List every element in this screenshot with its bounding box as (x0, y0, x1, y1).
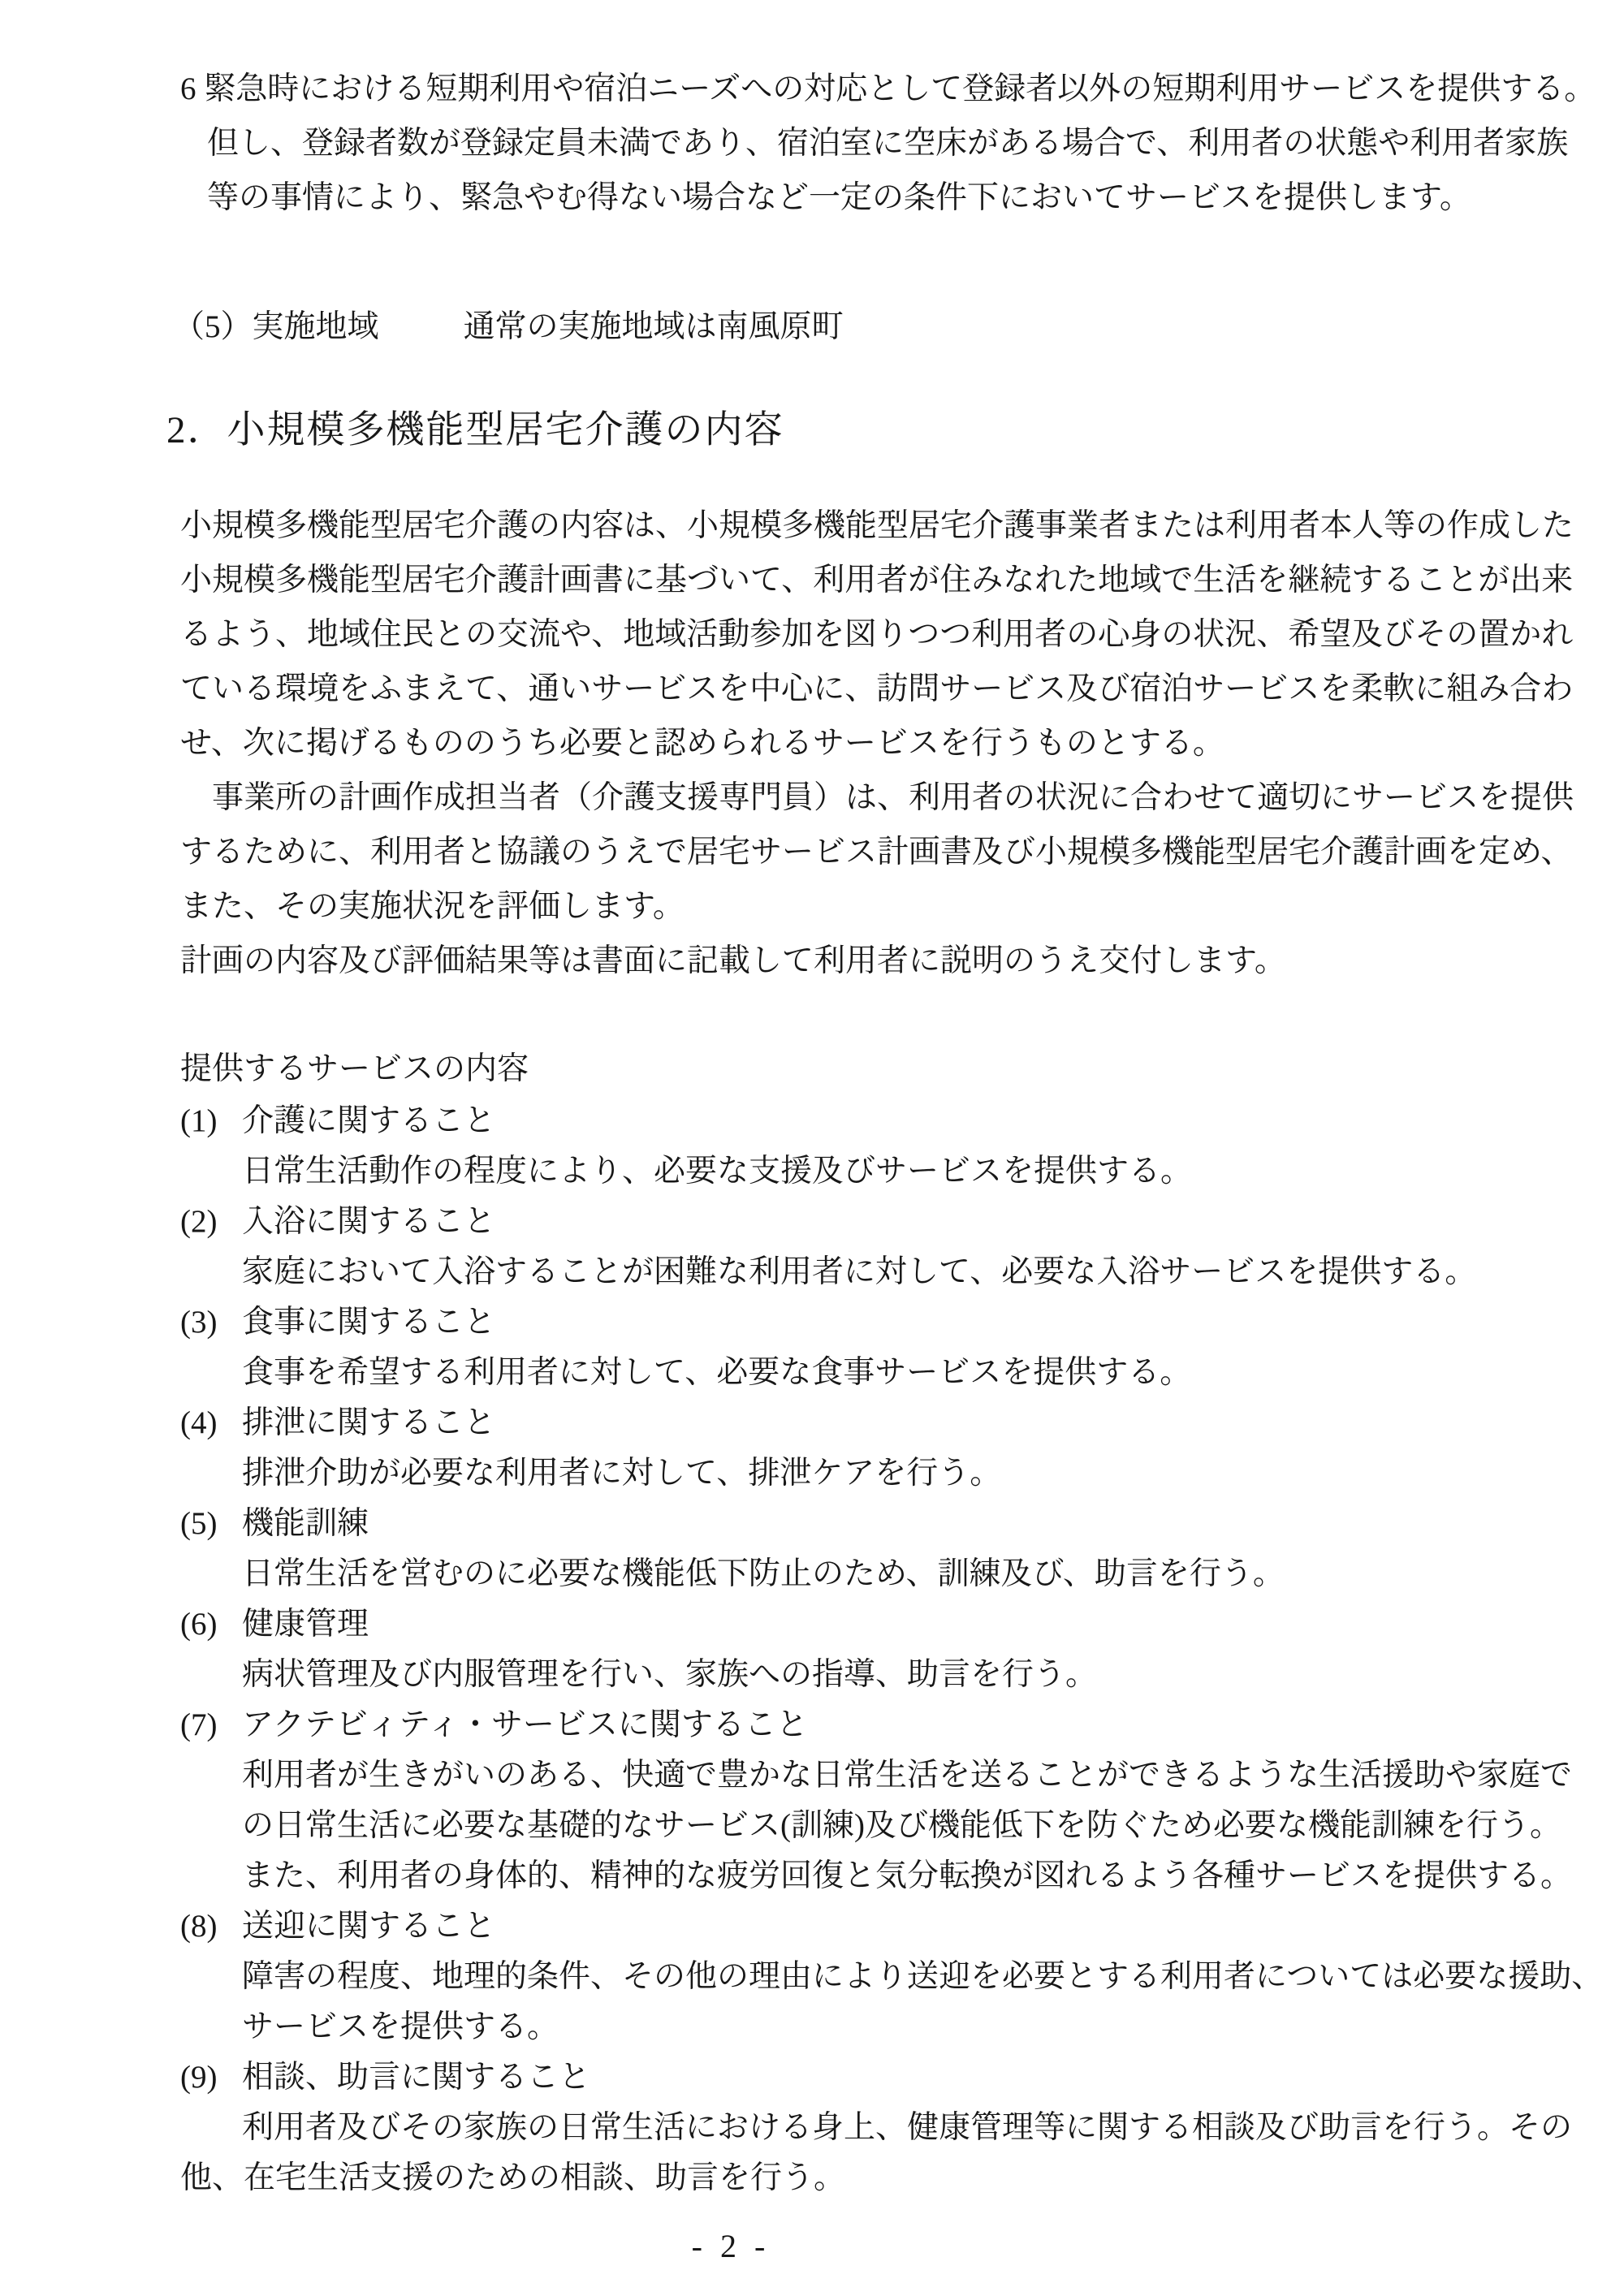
service-item-label: 食事に関すること (242, 1305, 495, 1340)
service-item-title: (7)アクテビィティ・サービスに関すること (180, 1700, 1624, 1750)
service-item: (7)アクテビィティ・サービスに関すること利用者が生きがいのある、快適で豊かな日… (180, 1700, 1624, 1901)
service-item-description-line: 病状管理及び内服管理を行い、家族への指導、助言を行う。 (242, 1650, 1624, 1700)
body-paragraph-3: 計画の内容及び評価結果等は書面に記載して利用者に説明のうえ交付します。 (180, 934, 1624, 988)
service-item-description-line: の日常生活に必要な基礎的なサービス(訓練)及び機能低下を防ぐため必要な機能訓練を… (242, 1801, 1624, 1851)
service-item-title: (4)排泄に関すること (180, 1398, 1624, 1448)
service-item-description-line: 排泄介助が必要な利用者に対して、排泄ケアを行う。 (242, 1448, 1624, 1499)
body-paragraph-2: 事業所の計画作成担当者（介護支援専門員）は、利用者の状況に合わせて適切にサービス… (180, 770, 1624, 934)
intro-paragraph: 6 緊急時における短期利用や宿泊ニーズへの対応として登録者以外の短期利用サービス… (180, 62, 1624, 225)
service-item-number: (8) (180, 1901, 242, 1952)
service-item-description-line: 利用者及びその家族の日常生活における身上、健康管理等に関する相談及び助言を行う。… (242, 2103, 1624, 2153)
document-page: 6 緊急時における短期利用や宿泊ニーズへの対応として登録者以外の短期利用サービス… (0, 0, 1624, 2296)
text-line: 小規模多機能型居宅介護の内容は、小規模多機能型居宅介護事業者または利用者本人等の… (180, 498, 1624, 553)
services-header: 提供するサービスの内容 (180, 1042, 1624, 1096)
service-item-title: (3)食事に関すること (180, 1297, 1624, 1348)
service-item-number: (2) (180, 1197, 242, 1247)
service-item-label: 介護に関すること (242, 1103, 495, 1138)
service-item: (8)送迎に関すること障害の程度、地理的条件、その他の理由により送迎を必要とする… (180, 1901, 1624, 2052)
page-number: - 2 - (0, 2226, 1462, 2267)
service-item-title: (8)送迎に関すること (180, 1901, 1624, 1952)
service-area-line: （5）実施地域通常の実施地域は南風原町 (173, 300, 1624, 354)
text-line: るよう、地域住民との交流や、地域活動参加を図りつつ利用者の心身の状況、希望及びそ… (180, 607, 1624, 662)
service-item-label: 機能訓練 (242, 1506, 369, 1541)
services-list: (1)介護に関すること日常生活動作の程度により、必要な支援及びサービスを提供する… (180, 1096, 1624, 2203)
service-item: (5)機能訓練日常生活を営むのに必要な機能低下防止のため、訓練及び、助言を行う。 (180, 1499, 1624, 1599)
service-item: (1)介護に関すること日常生活動作の程度により、必要な支援及びサービスを提供する… (180, 1096, 1624, 1197)
service-item-title: (9)相談、助言に関すること (180, 2052, 1624, 2103)
service-area-label: （5）実施地域 (173, 309, 379, 344)
text-line: 小規模多機能型居宅介護計画書に基づいて、利用者が住みなれた地域で生活を継続するこ… (180, 553, 1624, 607)
service-item: (2)入浴に関すること家庭において入浴することが困難な利用者に対して、必要な入浴… (180, 1197, 1624, 1297)
service-item-title: (5)機能訓練 (180, 1499, 1624, 1549)
service-area-value: 通常の実施地域は南風原町 (464, 309, 844, 344)
body-paragraph-1: 小規模多機能型居宅介護の内容は、小規模多機能型居宅介護事業者または利用者本人等の… (180, 498, 1624, 770)
service-item-label: 排泄に関すること (242, 1405, 495, 1440)
service-item: (4)排泄に関すること排泄介助が必要な利用者に対して、排泄ケアを行う。 (180, 1398, 1624, 1499)
service-item-description-line: 家庭において入浴することが困難な利用者に対して、必要な入浴サービスを提供する。 (242, 1247, 1624, 1297)
text-line: 事業所の計画作成担当者（介護支援専門員）は、利用者の状況に合わせて適切にサービス… (180, 770, 1624, 825)
service-item-description-line: 食事を希望する利用者に対して、必要な食事サービスを提供する。 (242, 1348, 1624, 1398)
section-heading: 2．小規模多機能型居宅介護の内容 (166, 401, 1624, 460)
service-item-number: (1) (180, 1096, 242, 1146)
text-line: せ、次に掲げるもののうち必要と認められるサービスを行うものとする。 (180, 716, 1624, 770)
service-item-description-line: 障害の程度、地理的条件、その他の理由により送迎を必要とする利用者については必要な… (242, 1952, 1624, 2002)
service-item-number: (9) (180, 2052, 242, 2103)
service-item-description-line: 日常生活動作の程度により、必要な支援及びサービスを提供する。 (242, 1146, 1624, 1197)
service-item-description-line: 利用者が生きがいのある、快適で豊かな日常生活を送ることができるような生活援助や家… (242, 1750, 1624, 1801)
service-item-title: (2)入浴に関すること (180, 1197, 1624, 1247)
service-item-description-line: 日常生活を営むのに必要な機能低下防止のため、訓練及び、助言を行う。 (242, 1549, 1624, 1599)
service-item: (9)相談、助言に関すること利用者及びその家族の日常生活における身上、健康管理等… (180, 2052, 1624, 2203)
service-item-number: (7) (180, 1700, 242, 1750)
text-line: 計画の内容及び評価結果等は書面に記載して利用者に説明のうえ交付します。 (180, 934, 1624, 988)
service-item-description-line: サービスを提供する。 (242, 2002, 1624, 2052)
service-item-description-line: また、利用者の身体的、精神的な疲労回復と気分転換が図れるよう各種サービスを提供す… (242, 1851, 1624, 1901)
text-line: 但し、登録者数が登録定員未満であり、宿泊室に空床がある場合で、利用者の状態や利用… (207, 116, 1624, 170)
service-item: (3)食事に関すること食事を希望する利用者に対して、必要な食事サービスを提供する… (180, 1297, 1624, 1398)
service-item-number: (5) (180, 1499, 242, 1549)
service-item-label: アクテビィティ・サービスに関すること (242, 1707, 808, 1742)
text-line: また、その実施状況を評価します。 (180, 879, 1624, 934)
service-item-number: (6) (180, 1599, 242, 1650)
service-item-title: (6)健康管理 (180, 1599, 1624, 1650)
text-line: ている環境をふまえて、通いサービスを中心に、訪問サービス及び宿泊サービスを柔軟に… (180, 662, 1624, 716)
service-item-number: (4) (180, 1398, 242, 1448)
service-item-number: (3) (180, 1297, 242, 1348)
text-line: 6 緊急時における短期利用や宿泊ニーズへの対応として登録者以外の短期利用サービス… (180, 62, 1624, 116)
service-item-description-line: 他、在宅生活支援のための相談、助言を行う。 (180, 2153, 1624, 2203)
service-item-title: (1)介護に関すること (180, 1096, 1624, 1146)
text-line: 等の事情により、緊急やむ得ない場合など一定の条件下においてサービスを提供します。 (207, 170, 1624, 225)
service-item-label: 送迎に関すること (242, 1909, 495, 1944)
service-item-label: 相談、助言に関すること (242, 2060, 590, 2095)
text-line: するために、利用者と協議のうえで居宅サービス計画書及び小規模多機能型居宅介護計画… (180, 825, 1624, 879)
service-item: (6)健康管理病状管理及び内服管理を行い、家族への指導、助言を行う。 (180, 1599, 1624, 1700)
service-item-label: 健康管理 (242, 1607, 369, 1642)
service-item-label: 入浴に関すること (242, 1204, 495, 1239)
